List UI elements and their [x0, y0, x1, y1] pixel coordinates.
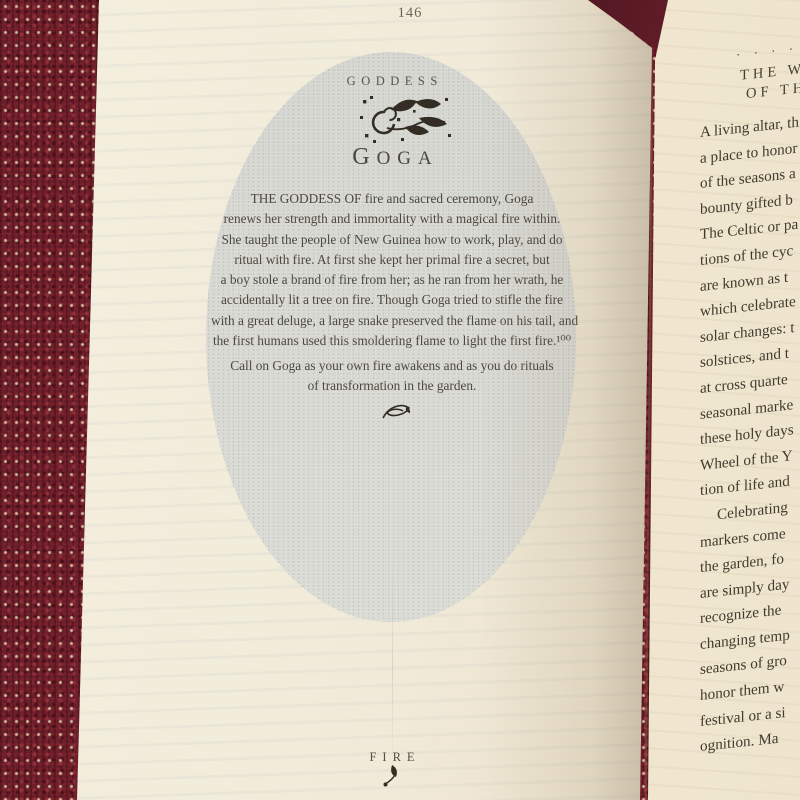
goddess-description: THE GODDESS OF fire and sacred ceremony,… [211, 189, 573, 351]
invocation-text: Call on Goga as your own fire awakens an… [211, 356, 573, 397]
text-line: accidentally lit a tree on fire. Though … [211, 290, 573, 310]
category-label: GODDESS [212, 74, 572, 89]
right-page-body: A living altar, tha place to honorof the… [700, 108, 800, 760]
text-line: the first humans used this smoldering fl… [211, 331, 573, 351]
page-crease [392, 560, 393, 775]
text-line: THE GODDESS OF fire and sacred ceremony,… [211, 189, 573, 209]
floral-woodcut-ornament-icon [357, 94, 453, 146]
oval-backdrop [206, 52, 576, 622]
text-line: a boy stole a brand of fire from her; as… [211, 270, 573, 290]
chapter-footer-label: FIRE [212, 750, 572, 765]
goddess-name-title: GOGA [212, 144, 572, 171]
text-line: ritual with fire. At first she kept her … [211, 250, 573, 270]
text-line: renews her strength and immortality with… [211, 209, 573, 229]
text-line: She taught the people of New Guinea how … [211, 230, 573, 250]
right-page-text: · · · · · · THE W OF THE A living altar,… [700, 40, 800, 760]
text-line: with a great deluge, a large snake prese… [211, 311, 573, 331]
header-dots: · · · · · · [736, 40, 800, 62]
text-line: Call on Goga as your own fire awakens an… [211, 356, 573, 376]
leaf-flourish-icon [380, 399, 414, 425]
leaf-sprig-icon [382, 763, 402, 789]
text-line: of transformation in the garden. [211, 376, 573, 396]
